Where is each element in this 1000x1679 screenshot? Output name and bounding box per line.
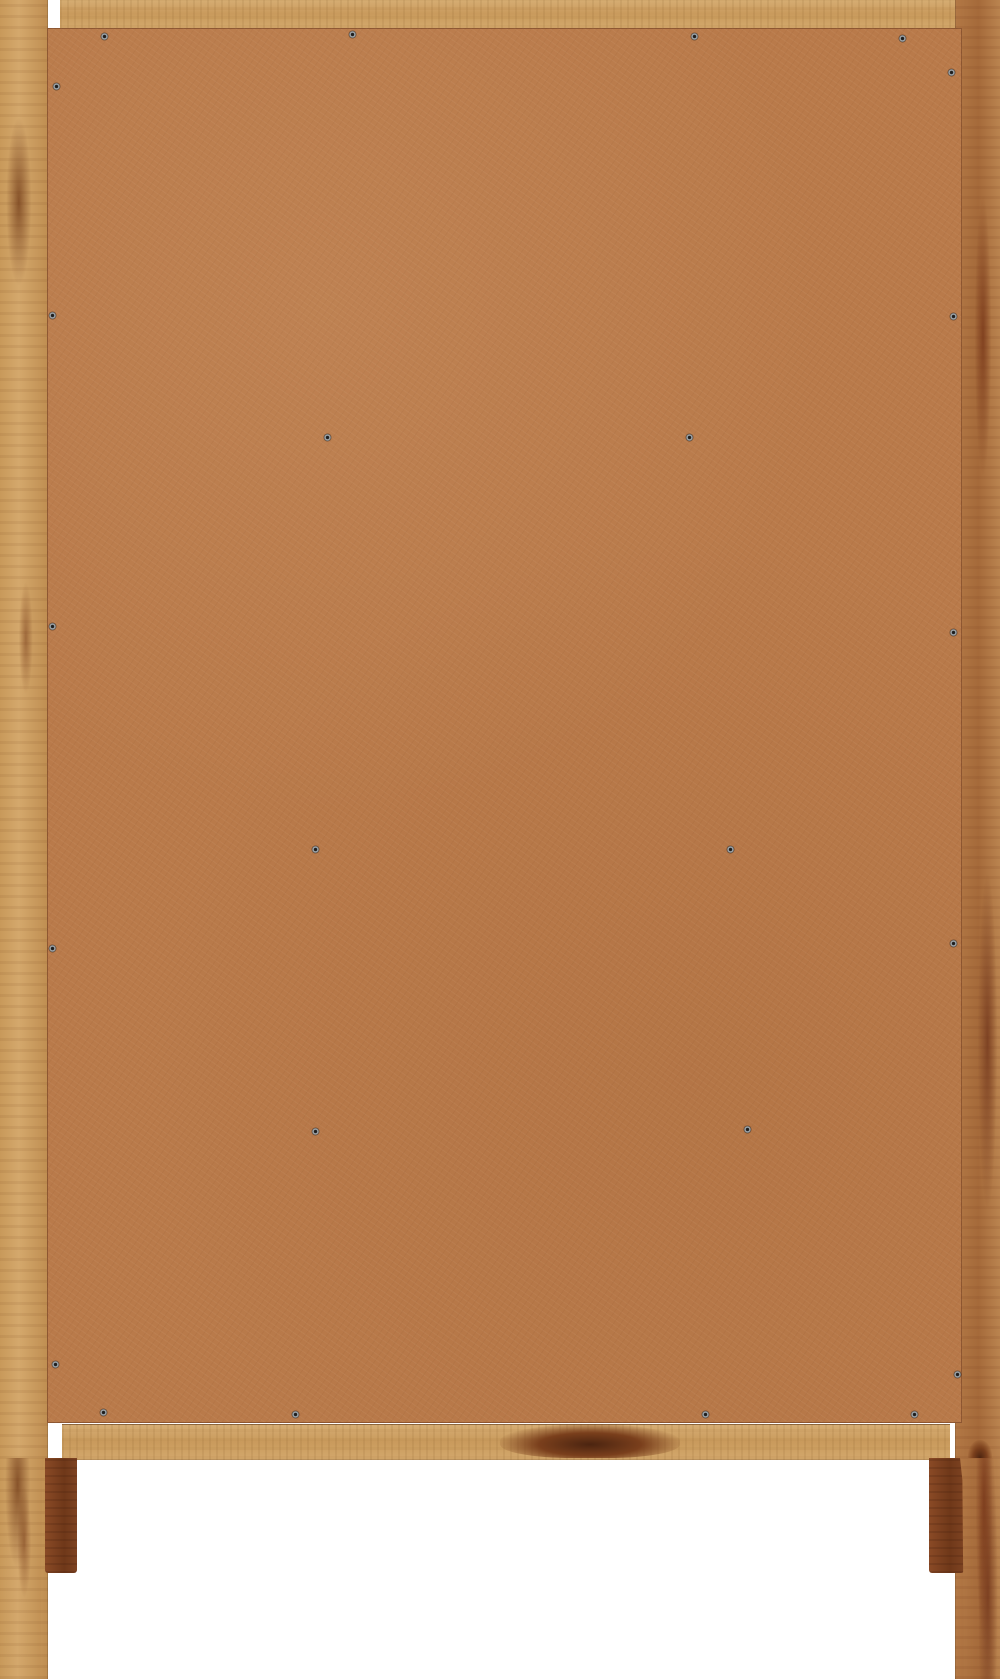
screw-icon [950,940,957,947]
rear-leg-left [45,1458,77,1573]
screw-icon [49,623,56,630]
screw-icon [49,945,56,952]
cabinet-back-photo: Back view of a solid wood cabinet with h… [0,0,1000,1679]
screw-icon [49,312,56,319]
top-rail [60,0,955,29]
screw-icon [954,1371,961,1378]
left-front-leg [0,1458,44,1679]
left-stile [0,0,48,1679]
screw-icon [691,33,698,40]
screw-icon [349,31,356,38]
screw-icon [899,35,906,42]
back-panel [47,28,962,1423]
screw-icon [100,1409,107,1416]
screw-icon [948,69,955,76]
screw-icon [744,1126,751,1133]
screw-icon [53,83,60,90]
screw-icon [101,33,108,40]
wood-knot [500,1424,680,1458]
screw-icon [702,1411,709,1418]
screw-icon [950,313,957,320]
rear-leg-right [929,1458,964,1573]
screw-icon [312,1128,319,1135]
right-front-leg [960,1458,1000,1679]
screw-icon [324,434,331,441]
screw-icon [686,434,693,441]
screw-icon [312,846,319,853]
screw-icon [292,1411,299,1418]
screw-icon [727,846,734,853]
screw-icon [911,1411,918,1418]
screw-icon [950,629,957,636]
screw-icon [52,1361,59,1368]
